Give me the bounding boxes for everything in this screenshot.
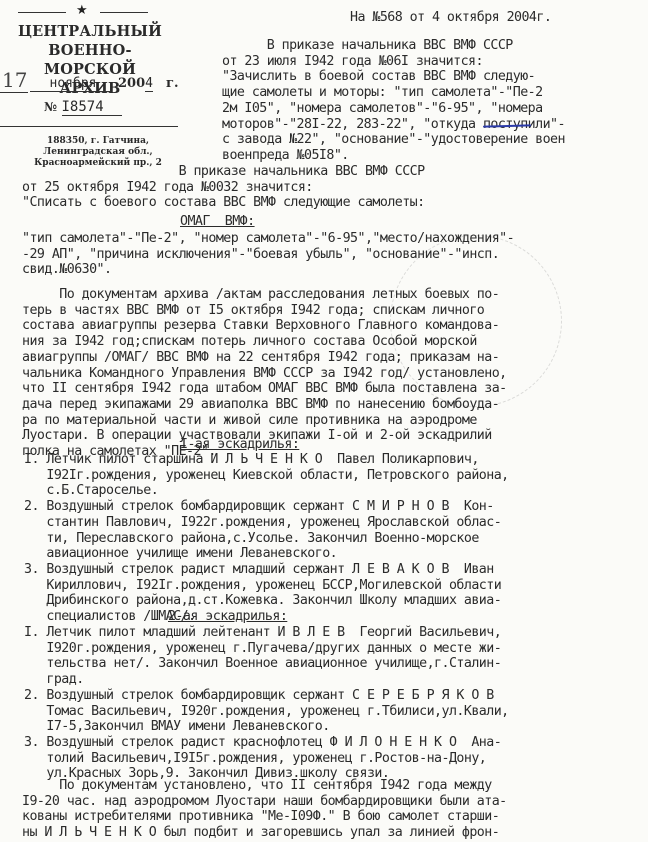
text-line: 3. Воздушный стрелок радист краснофлотец… — [24, 735, 509, 751]
text-line: По документам установлено, что II сентяб… — [22, 778, 507, 794]
squadron-2-heading: 2-ая эскадрилья: — [168, 609, 287, 625]
text-line: авиагруппы /ОМАГ/ ВВС ВМФ на 22 сентября… — [22, 350, 507, 366]
text-line: I920г.рождения, уроженец г.Пугачева/друг… — [24, 641, 509, 657]
outgoing-date: 17 ноября 2004 г. — [0, 74, 190, 94]
text-line: чальника Командного Управления ВМФ СССР … — [22, 366, 507, 382]
number-sign: № — [44, 100, 57, 114]
year-suffix: 4 — [145, 76, 153, 92]
outgoing-number: № I8574 — [44, 99, 122, 115]
text-line: 2м I05", "номера самолетов"-"6-95", "ном… — [222, 101, 565, 117]
text-line: тельства нет/. Закончил Военное авиацион… — [24, 656, 509, 672]
text-line: кованы истребителями противника "Ме-I09Ф… — [22, 809, 507, 825]
text-line: ния за I942 год;спискам потерь личного с… — [22, 334, 507, 350]
text-line: I9-20 час. над аэродромом Луостари наши … — [22, 794, 507, 810]
text-line: авиационное училище имени Леваневского. — [24, 546, 509, 562]
text-line: По документам архива /актам расследовани… — [22, 287, 507, 303]
text-line: от 23 июля I942 года №06I значится: — [222, 54, 565, 70]
text-line: Дрибинского района,д.ст.Кожевка. Закончи… — [24, 593, 509, 609]
date-year: 2004 — [118, 76, 153, 91]
text-line: "Зачислить в боевой состав ВВС ВМФ следу… — [222, 69, 565, 85]
text-line: военпреда №05I8". — [222, 148, 565, 164]
text-line: -29 АП", "причина исключения"-"боевая уб… — [22, 247, 514, 263]
text-line: дача перед экипажами 29 авиаполка ВВС ВМ… — [22, 397, 507, 413]
date-month: ноября — [30, 76, 110, 92]
text-line: Кириллович, I92Iг.рождения, уроженец БСС… — [24, 578, 509, 594]
paragraph-combat-findings: По документам установлено, что II сентяб… — [22, 778, 507, 841]
text-line: стантин Павлович, I922г.рождения, урожен… — [24, 515, 509, 531]
text-line: от 25 октября I942 года №0032 значится: — [22, 180, 425, 196]
text-line: состава авиагруппы резерва Ставки Верхов… — [22, 318, 507, 334]
star-divider: ★ — [18, 6, 148, 18]
text-line: ти, Переславского района,с.Усолье. Закон… — [24, 531, 509, 547]
paragraph-order-061: В приказе начальника ВВС ВМФ СССРот 23 и… — [222, 38, 565, 164]
handwritten-day: 17 — [2, 68, 27, 92]
text-line: что II сентября I942 года штабом ОМАГ ВВ… — [22, 381, 507, 397]
document-number: I8574 — [62, 99, 122, 116]
squadron-1-heading: I-ая эскадрилья: — [180, 437, 299, 453]
text-line: I. Летчик пилот младший лейтенант И В Л … — [24, 625, 509, 641]
text-line: В приказе начальника ВВС ВМФ СССР — [22, 164, 425, 180]
text-line: I. Летчик пилот старшина И Л Ь Ч Е Н К О… — [24, 452, 509, 468]
reference-line: На №568 от 4 октября 2004г. — [350, 10, 551, 26]
text-line: град. — [24, 672, 509, 688]
text-line: ра по материальной части и живой силе пр… — [22, 413, 507, 429]
text-line: терь в частях ВВС ВМФ от I5 октября I942… — [22, 303, 507, 319]
text-line: свид.№0630". — [22, 262, 514, 278]
text-line: В приказе начальника ВВС ВМФ СССР — [222, 38, 565, 54]
year-unit: г. — [166, 76, 179, 91]
squadron-1-crew-list: I. Летчик пилот старшина И Л Ь Ч Е Н К О… — [24, 452, 509, 625]
address-line: 188350, г. Гатчина, — [18, 136, 178, 147]
paragraph-order-0032: В приказе начальника ВВС ВМФ СССРот 25 о… — [22, 164, 425, 211]
text-line: 3. Воздушный стрелок радист младший серж… — [24, 562, 509, 578]
text-line: "Списать с боевого состава ВВС ВМФ следу… — [22, 195, 425, 211]
divider-line — [18, 12, 66, 13]
address-line: Ленинградская обл., — [18, 147, 178, 158]
star-icon: ★ — [76, 3, 88, 18]
text-line: щие самолеты и моторы: "тип самолета"-"П… — [222, 85, 565, 101]
text-line: 2. Воздушный стрелок бомбардировщик серж… — [24, 688, 509, 704]
squadron-2-crew-list: I. Летчик пилот младший лейтенант И В Л … — [24, 625, 509, 782]
text-line: Томас Васильевич, I920г.рождения, урожен… — [24, 704, 509, 720]
divider-line — [100, 12, 148, 13]
text-line: I92Iг.рождения, уроженец Киевской област… — [24, 468, 509, 484]
text-line: толий Васильевич,I9I5г.рождения, урожене… — [24, 751, 509, 767]
day-blank-line — [0, 92, 28, 93]
archive-letter-page: ★ ЦЕНТРАЛЬНЫЙ ВОЕННО-МОРСКОЙ АРХИВ 17 но… — [0, 0, 648, 842]
org-line: ЦЕНТРАЛЬНЫЙ — [10, 22, 170, 41]
text-line: ны И Л Ь Ч Е Н К О был подбит и загоревш… — [22, 825, 507, 841]
text-line: I7-5,Закончил ВМАУ имени Леваневского. — [24, 719, 509, 735]
year-prefix: 200 — [118, 76, 145, 91]
letterhead-divider — [0, 126, 178, 127]
paragraph-archive-findings: По документам архива /актам расследовани… — [22, 287, 507, 460]
text-line: с.Б.Староселье. — [24, 483, 509, 499]
omag-heading: ОМАГ ВМФ: — [180, 214, 255, 230]
paragraph-order-0032-details: "тип самолета"-"Пе-2", "номер самолета"-… — [22, 231, 514, 278]
text-line: 2. Воздушный стрелок бомбардировщик серж… — [24, 499, 509, 515]
text-line: с завода №22", "основание"-"удостоверени… — [222, 132, 565, 148]
text-line: "тип самолета"-"Пе-2", "номер самолета"-… — [22, 231, 514, 247]
